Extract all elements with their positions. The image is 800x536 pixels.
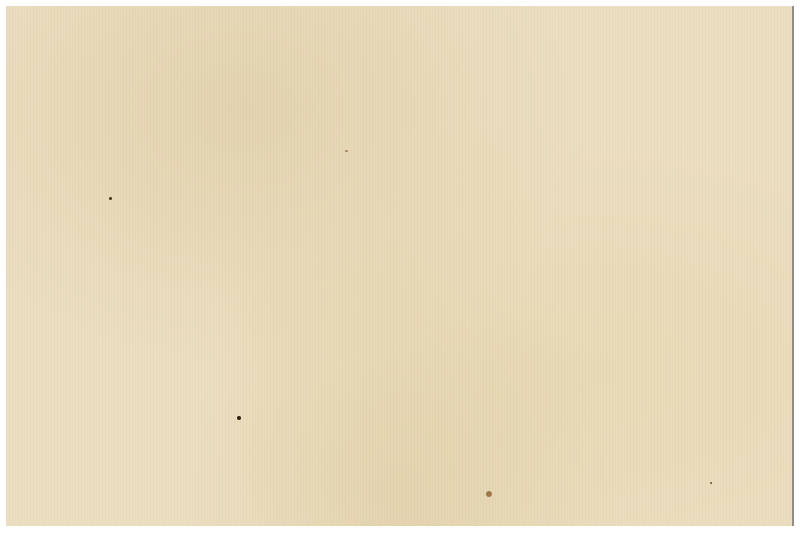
aged-paper-sheet [6,6,792,526]
stain-spot [109,197,112,200]
stain-spot [486,491,492,497]
stain-spot [345,150,348,152]
stain-spot [710,482,712,484]
stain-spot [237,416,241,420]
